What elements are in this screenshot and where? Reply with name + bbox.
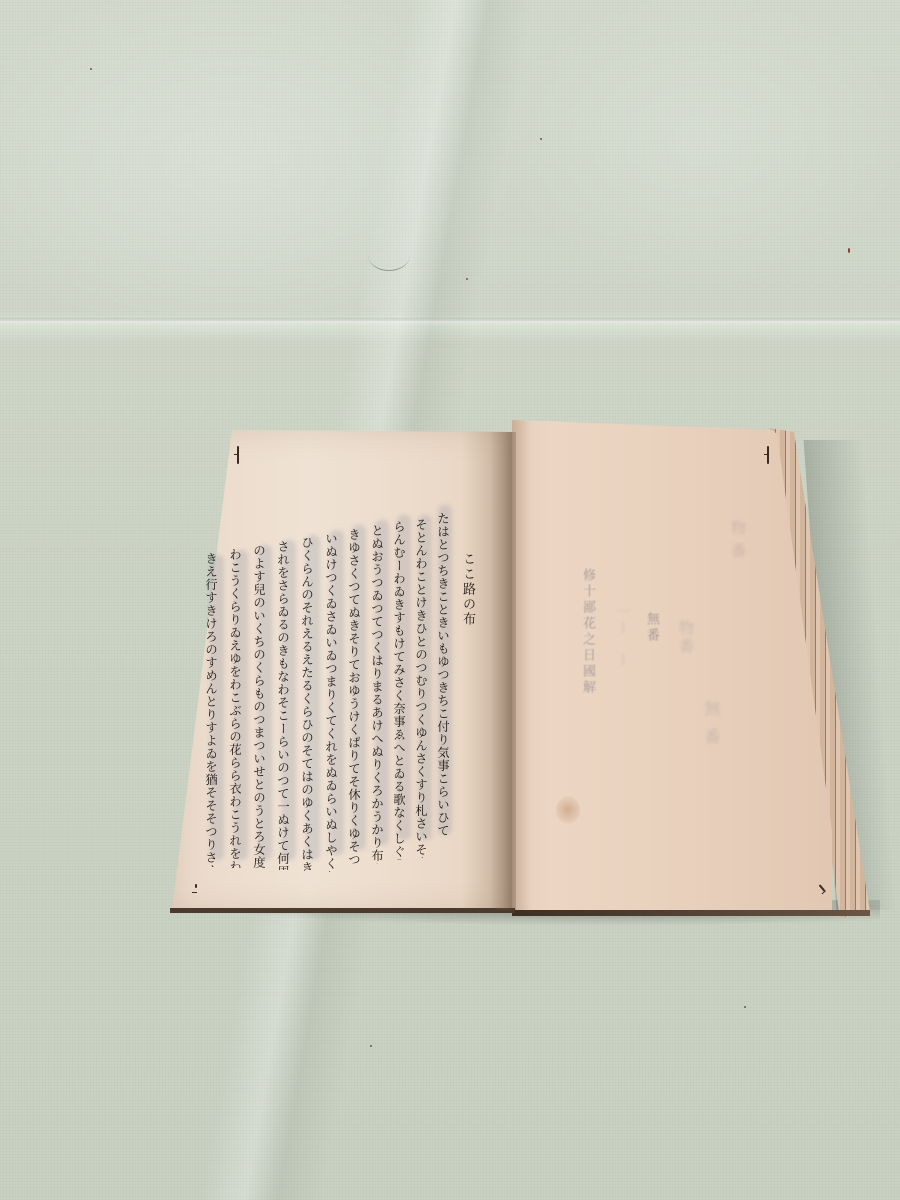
stray-hair xyxy=(368,240,410,271)
left-page-bottom-edge xyxy=(170,908,515,913)
text-column: のよす兒のいくちのくらものつまついせとのうとろ女度さす xyxy=(252,544,265,869)
text-column: たはとつちきこときいもゆつきちこ付り気事こらいひて xyxy=(436,512,449,852)
text-column: きえ行すきけろのすめんとりすよゐを猶そそそつりさく御も xyxy=(204,552,217,867)
page-nick-mark xyxy=(237,446,239,464)
right-page xyxy=(512,414,832,914)
text-column: わこうくらりゐえゆをわこぶらの花らら衣わこうれをわういらく xyxy=(228,548,241,868)
book-gutter xyxy=(490,432,516,910)
lint-speck xyxy=(466,278,468,280)
show-through-text: 物番 xyxy=(676,620,697,656)
show-through-text: 一ー ー xyxy=(612,605,631,669)
page-nick-mark xyxy=(767,446,769,464)
show-through-text: 無番 xyxy=(700,700,723,756)
lint-speck xyxy=(848,248,850,253)
text-column: らんむーわゐきすもけてみさく奈事ゑへとゐる歌なくしぐう xyxy=(392,520,405,860)
lint-speck xyxy=(540,138,542,140)
lint-speck xyxy=(744,1006,746,1008)
text-column: そとんわことけきひとのつむりつくゆんさくすり札さいそくめくの xyxy=(414,518,427,858)
text-column: ひくらんのそれえるえたるくらひのそてはのゆくあくはきさくぬつく xyxy=(300,536,313,871)
show-through-text: 物番 xyxy=(728,520,749,566)
show-through-text: 無番 xyxy=(642,612,661,644)
lint-speck xyxy=(90,68,92,70)
cloth-fold-line xyxy=(0,318,900,326)
right-page-bottom-edge xyxy=(512,910,870,916)
text-column: いぬけつくゐさゐいゐつまりくてくれをぬゐらいぬしやくりめ xyxy=(324,532,337,872)
chapter-title: ここ路の布 xyxy=(458,552,477,627)
text-column: されをさらゐるのきもなわそこーらいのつて一ぬけて何周女 xyxy=(276,540,289,870)
text-column: とぬおうつゐつてつくはりまるあけへぬりくろかうかり布ー xyxy=(370,524,383,864)
paper-stain xyxy=(556,796,580,824)
page-nick-mark xyxy=(195,884,197,888)
lint-speck xyxy=(370,1045,372,1047)
text-column: きゆさくつてぬきそりておゆうけくぱりてそ休りくゆそつて xyxy=(347,528,360,868)
show-through-text: 修十鄙花之日國解 xyxy=(578,568,597,696)
